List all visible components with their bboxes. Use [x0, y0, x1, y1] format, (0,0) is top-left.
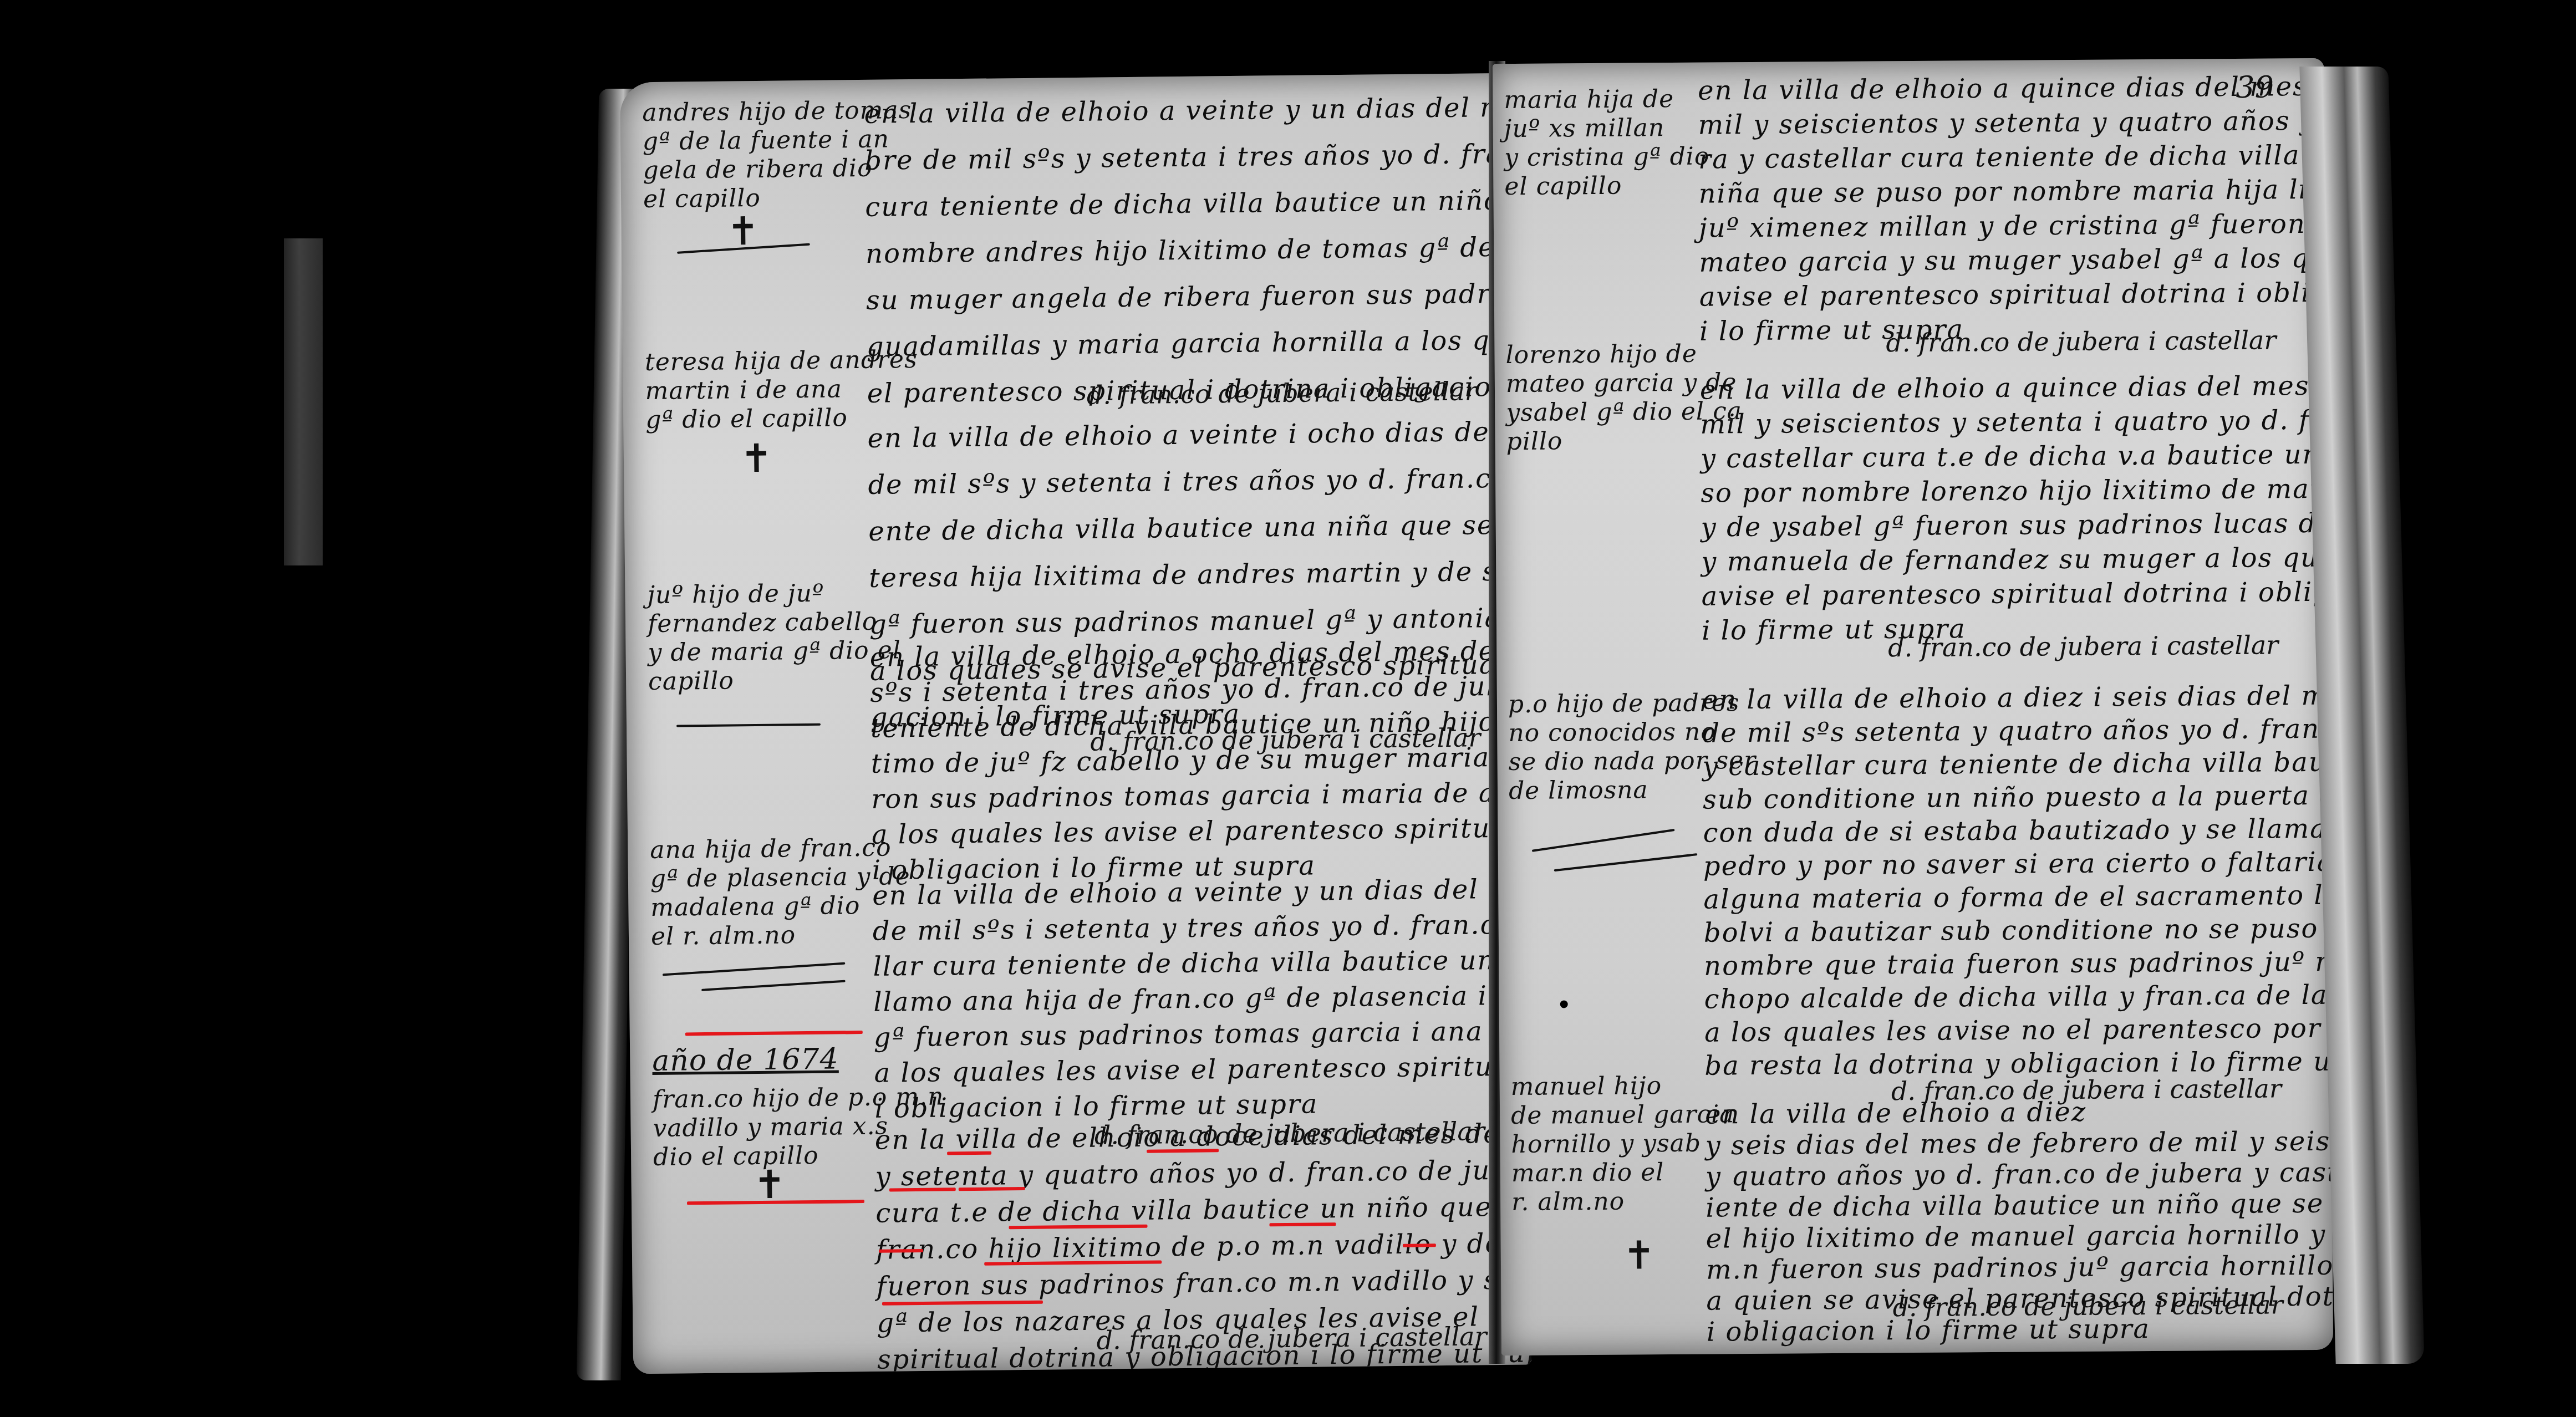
red-annotation-line	[879, 1249, 923, 1253]
right-page: 39 maria hija de juº xs millan y cristin…	[1493, 58, 2333, 1355]
margin-note: maria hija de juº xs millan y cristina g…	[1504, 85, 1693, 201]
ink-dot	[1560, 1000, 1568, 1008]
scan-artifact	[284, 238, 323, 565]
divider-stroke	[1554, 853, 1698, 871]
priest-signature: d. fran.co de jubera i castellar	[1886, 324, 2276, 358]
priest-signature: d. fran.co de jubera i castellar	[1096, 1321, 1487, 1355]
baptism-entry: en la villa de elhoio a quince dias del …	[1698, 69, 2298, 349]
priest-signature: d. fran.co de jubera i castellar	[1892, 1289, 2283, 1323]
register-book: andres hijo de tomas gª de la fuente i a…	[577, 50, 2406, 1391]
margin-note: ana hija de fran.co gª de plasencia y de…	[650, 834, 867, 951]
margin-note: teresa hija de andres martin i de ana gª…	[645, 346, 862, 435]
right-margin-notes: maria hija de juº xs millan y cristina g…	[1504, 63, 1701, 1355]
priest-signature: d. fran.co de jubera i castellar	[1888, 629, 2278, 663]
red-annotation-line	[1403, 1243, 1436, 1247]
divider-stroke	[1532, 829, 1675, 852]
margin-note: lorenzo hijo de mateo garcia y de ysabel…	[1505, 340, 1694, 456]
divider-stroke	[701, 980, 846, 991]
priest-signature: d. fran.co de jubera i castellar	[1086, 375, 1477, 410]
year-heading: año de 1674	[652, 1044, 869, 1076]
baptism-entry: en la villa de elhoio a veinte y un dias…	[872, 871, 1507, 1127]
left-page: andres hijo de tomas gª de la fuente i a…	[620, 73, 1531, 1374]
right-main-text: en la villa de elhoio a quince dias del …	[1698, 58, 2305, 1354]
red-annotation-line	[959, 1187, 1025, 1191]
divider-stroke	[663, 962, 846, 976]
left-main-text: en la villa de elhoio a veinte y un dias…	[864, 73, 1509, 1372]
red-annotation-line	[889, 1187, 956, 1191]
left-margin-notes: andres hijo de tomas gª de la fuente i a…	[642, 80, 872, 1374]
document-viewer: andres hijo de tomas gª de la fuente i a…	[0, 0, 2576, 1417]
margin-note: juº hijo de juº fernandez cabello y de m…	[647, 579, 864, 696]
baptism-entry: en la villa de elhoio a veinte y un dias…	[864, 84, 1499, 417]
margin-note: p.o hijo de padres no conocidos no se di…	[1508, 689, 1697, 806]
margin-note: manuel hijo de manuel garcia hornillo y …	[1511, 1072, 1701, 1217]
baptism-entry: en la villa de elhoio a diez i seis dias…	[1702, 679, 2304, 1083]
underline-stroke	[676, 723, 821, 727]
red-annotation-line	[685, 1031, 863, 1036]
baptism-entry: en la villa de elhoio a quince dias del …	[1700, 369, 2300, 648]
red-annotation-line	[947, 1151, 991, 1155]
margin-note: andres hijo de tomas gª de la fuente i a…	[642, 96, 859, 214]
margin-note: fran.co hijo de p.o m.n vadillo y maria …	[653, 1083, 870, 1172]
baptism-entry: en la villa de elhoio a ocho dias del me…	[869, 633, 1504, 888]
red-annotation-line	[1269, 1222, 1336, 1226]
cross-mark-icon: ✝	[740, 436, 773, 482]
cross-mark-icon: ✝	[1623, 1232, 1656, 1278]
